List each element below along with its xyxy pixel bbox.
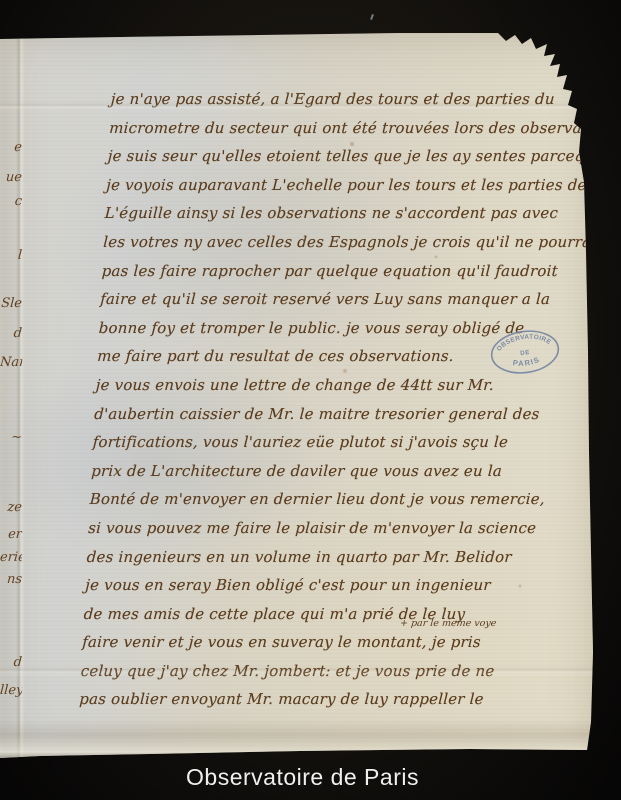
photo-background: e ue c l Sle d Nard ~ ze er erie ns d ll… [0,0,621,800]
manuscript-line: prix de L'architecture de daviler que vo… [91,457,574,486]
adjacent-page-text-fragment: er [0,527,23,542]
manuscript-line: pas oublier envoyant Mr. macary de luy r… [79,685,562,714]
manuscript-line: d'aubertin caissier de Mr. le maitre tre… [94,400,577,429]
manuscript-line: celuy que j'ay chez Mr. jombert: et je v… [80,657,563,686]
manuscript-line: fortifications, vous l'auriez eüe plutot… [92,428,575,457]
adjacent-page-text-fragment: ze [0,500,23,515]
manuscript-line: L'éguille ainsy si les observations ne s… [104,199,587,228]
adjacent-page-text-fragment: ue [0,170,23,185]
adjacent-page-text-fragment: lley [0,683,23,698]
adjacent-page-text-fragment: Sle [0,296,23,311]
letter-body: je n'aye pas assisté, a l'Egard des tour… [79,85,594,714]
stamp-text-bottom: PARIS [511,354,542,369]
manuscript-line: faire venir et je vous en suveray le mon… [82,628,565,657]
caption-text: Observatoire de Paris [0,764,605,794]
manuscript-line: micrometre du secteur qui ont été trouvé… [108,114,591,143]
manuscript-line: je n'aye pas assisté, a l'Egard des tour… [110,85,593,114]
manuscript-line: des ingenieurs en un volume in quarto pa… [86,543,569,572]
adjacent-page-text-fragment: ~ [0,430,23,445]
manuscript-line: je voyois auparavant L'echelle pour les … [105,171,588,200]
manuscript-line: Bonté de m'envoyer en dernier lieu dont … [89,485,572,514]
manuscript-line: les votres ny avec celles des Espagnols … [102,228,585,257]
dust-speck [370,14,374,20]
manuscript-line: je vous en seray Bien obligé c'est pour … [85,571,568,600]
adjacent-page-text-fragment: Nard [0,355,23,370]
adjacent-page-text-fragment: e [0,140,23,155]
manuscript-line: je suis seur qu'elles etoient telles que… [107,142,590,171]
adjacent-page-text-fragment: ns [0,572,23,587]
interline-insertion: + par le meme voye [399,618,496,629]
adjacent-page-text-fragment: d [0,655,23,670]
stamp-text-middle: DE [520,349,531,357]
svg-text:PARIS: PARIS [511,354,542,369]
manuscript-line: si vous pouvez me faire le plaisir de m'… [88,514,571,543]
adjacent-page-text-fragment: d [0,326,23,341]
letter-page: e ue c l Sle d Nard ~ ze er erie ns d ll… [0,30,597,758]
adjacent-page-text-fragment: erie [0,550,23,565]
manuscript-line: faire et qu'il se seroit reservé vers Lu… [99,285,582,314]
adjacent-page-text-fragment: c [0,194,23,209]
manuscript-line: pas les faire raprocher par quelque equa… [101,257,584,286]
adjacent-page-text-fragment: l [0,248,23,263]
